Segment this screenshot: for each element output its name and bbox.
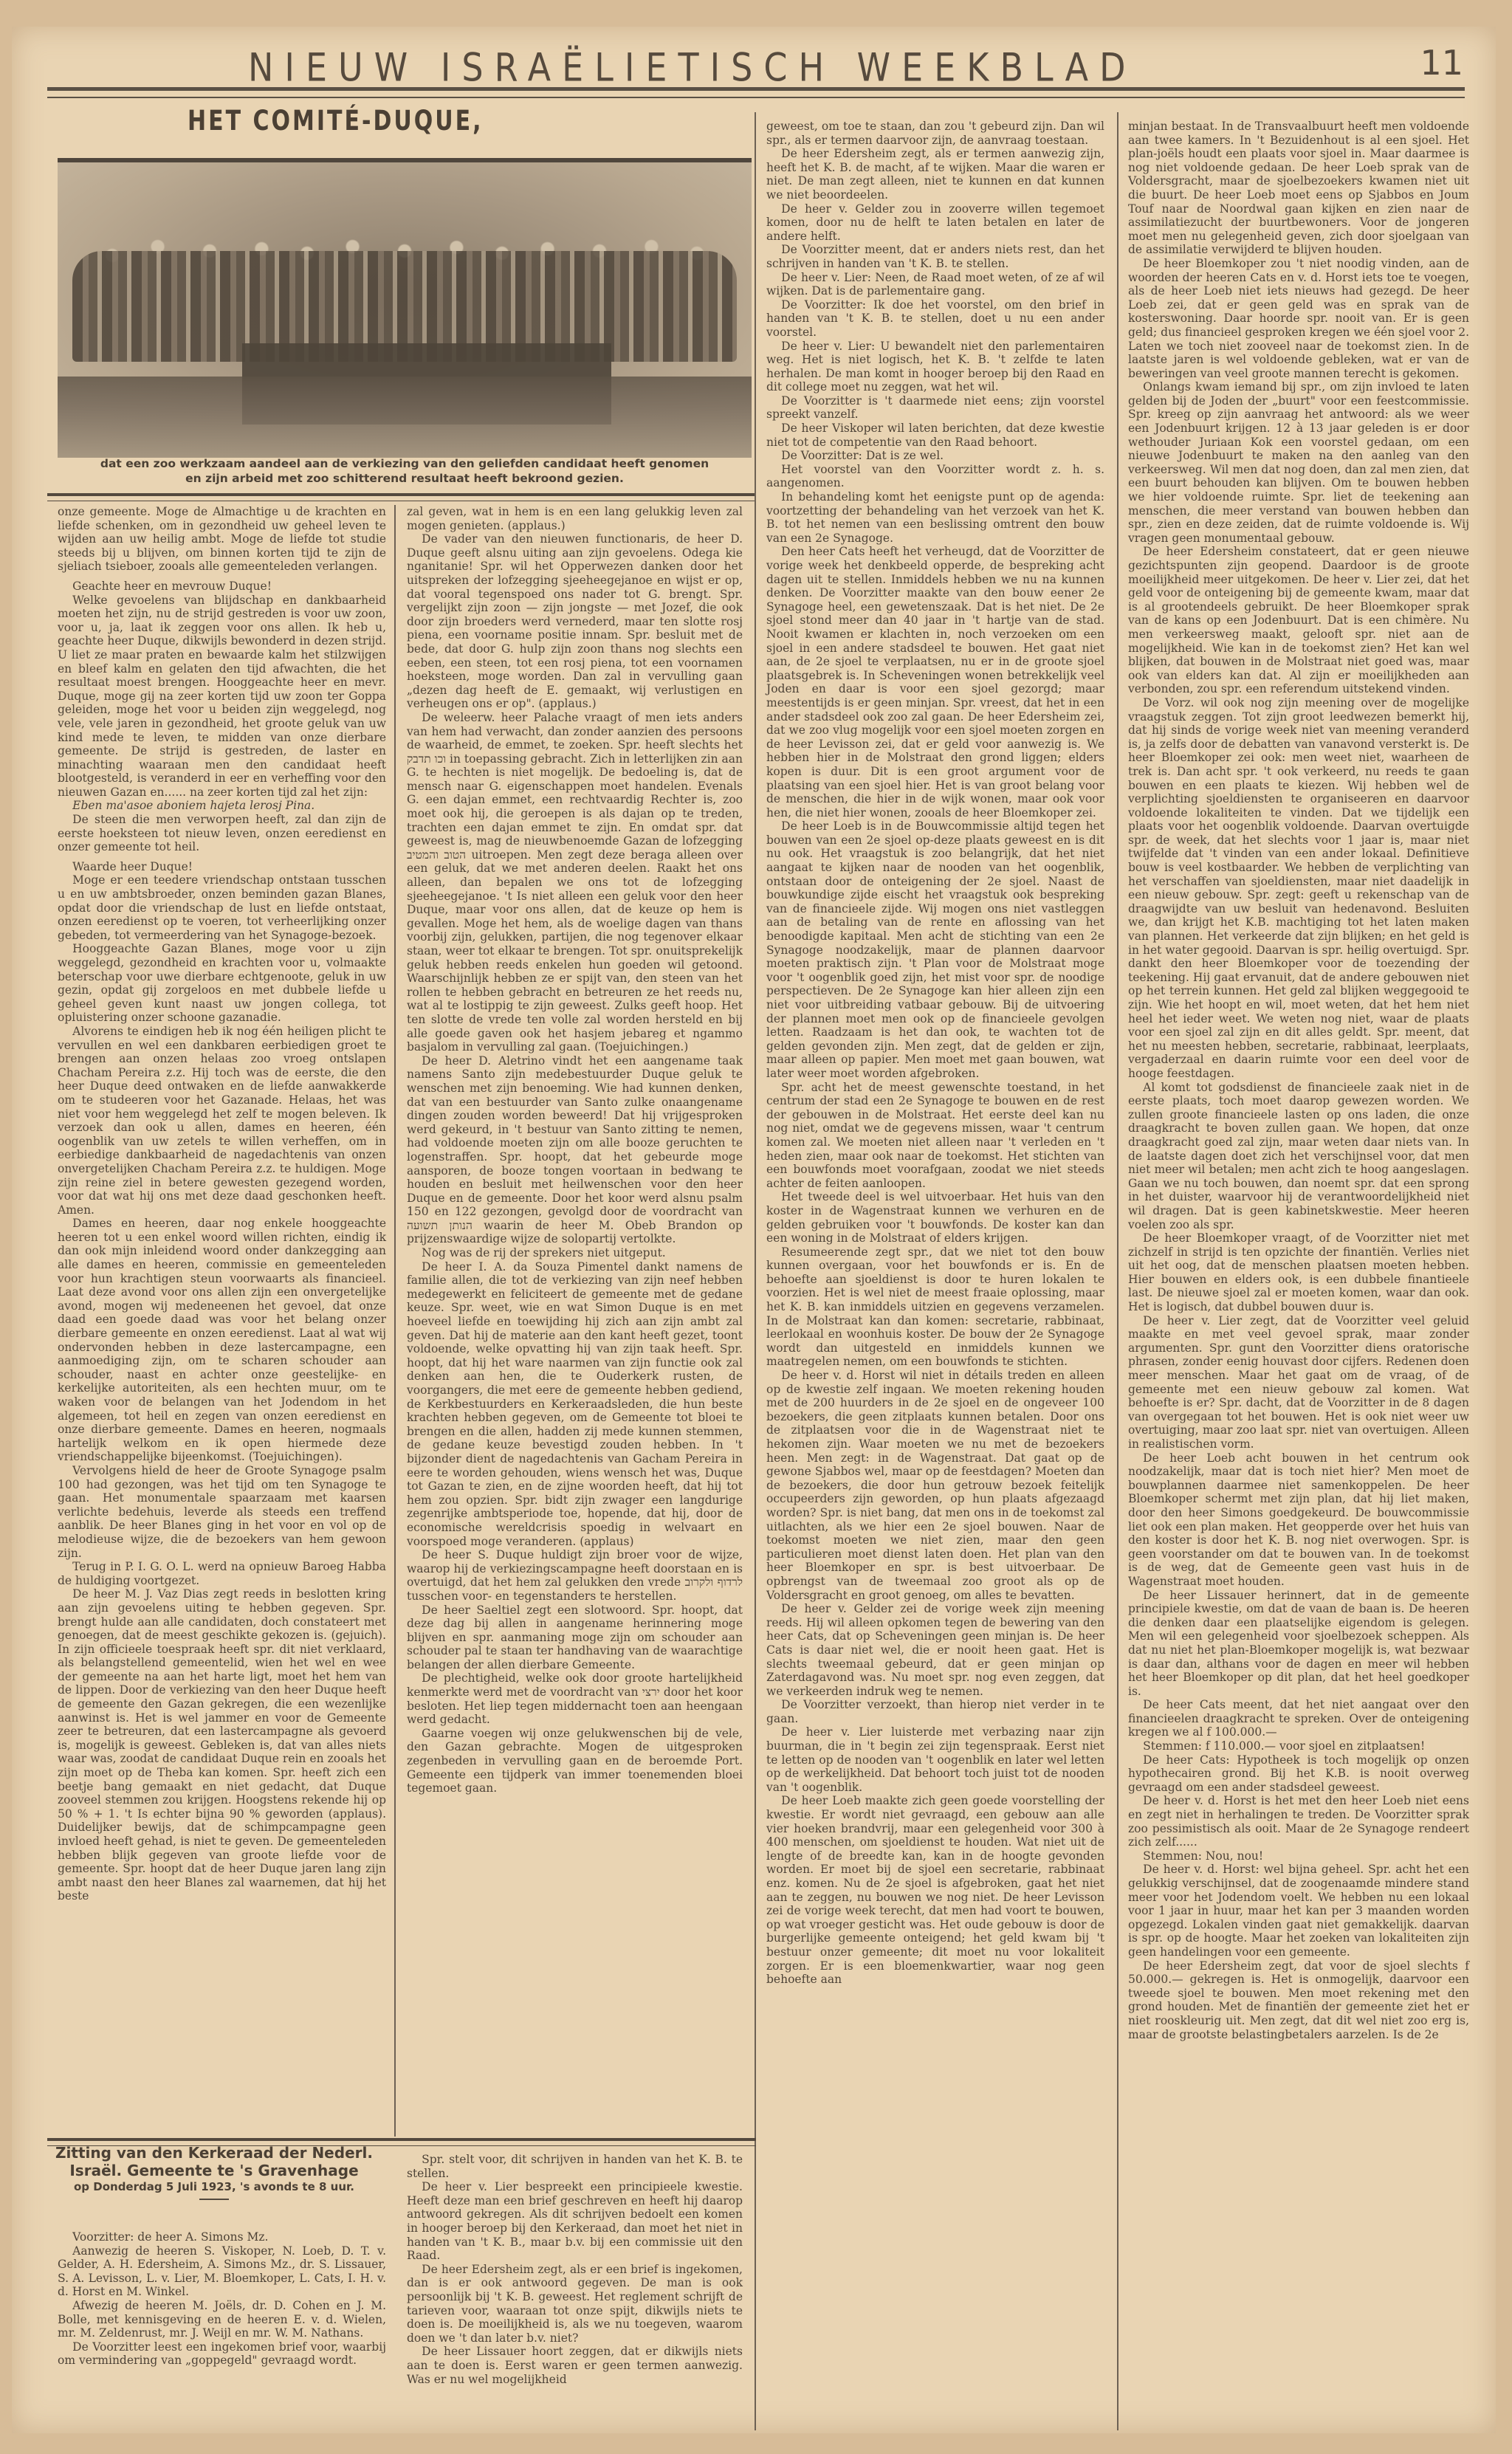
article-headline-kerkeraad: Zitting van den Kerkeraad der Nederl. Is… [52, 2144, 377, 2203]
page-number: 11 [1420, 43, 1463, 83]
paragraph: De Voorzitter verzoekt, than hierop niet… [766, 1698, 1104, 1725]
paragraph: De heer v. Lier bespreekt een principiee… [407, 2180, 743, 2263]
paragraph: De heer S. Duque huldigt zijn broer voor… [407, 1548, 743, 1603]
paragraph: De Voorzitter: Ik doe het voorstel, om d… [766, 298, 1104, 340]
paragraph: De heer Viskoper wil laten berichten, da… [766, 422, 1104, 449]
paragraph: Onlangs kwam iemand bij spr., om zijn in… [1128, 380, 1469, 545]
paragraph: De Voorzitter leest een ingekomen brief … [58, 2340, 386, 2368]
paragraph: Welke gevoelens van blijdschap en dankba… [58, 594, 386, 800]
paragraph: onze gemeente. Moge de Almachtige u de k… [58, 505, 386, 574]
paragraph: De heer Lissauer herinnert, dat in de ge… [1128, 1589, 1469, 1699]
column-rule-2 [755, 112, 756, 2430]
dateline: op Donderdag 5 Juli 1923, 's avonds te 8… [52, 2179, 377, 2194]
paragraph: De Voorzitter meent, dat er anders niets… [766, 243, 1104, 270]
column-rule-1 [394, 505, 396, 2137]
paragraph: De heer v. Gelder zou in zooverre willen… [766, 202, 1104, 244]
caption-line-1: dat een zoo werkzaam aandeel aan de verk… [58, 456, 752, 471]
paragraph: Den heer Cats heeft het verheugd, dat de… [766, 545, 1104, 819]
paragraph: Eben ma'asoe aboniem hajeta lerosj Pina. [58, 799, 386, 813]
paragraph: Geachte heer en mevrouw Duque! [58, 580, 386, 594]
paragraph: Terug in P. I. G. O. L. werd na opnieuw … [58, 1560, 386, 1587]
photo-floor [58, 377, 752, 458]
paragraph: De heer v. Lier: U bewandelt niet den pa… [766, 340, 1104, 394]
headline-line-1: Zitting van den Kerkeraad der Nederl. [52, 2144, 377, 2162]
paragraph: Al komt tot godsdienst de financieele za… [1128, 1081, 1469, 1232]
paragraph: Spr. stelt voor, dit schrijven in handen… [407, 2153, 743, 2180]
headline-line-2: Israël. Gemeente te 's Gravenhage [52, 2162, 377, 2179]
paragraph: Het tweede deel is wel uitvoerbaar. Het … [766, 1190, 1104, 1245]
column-2-kerkeraad: Spr. stelt voor, dit schrijven in handen… [407, 2153, 743, 2386]
paragraph: geweest, om toe te staan, dan zou 't geb… [766, 120, 1104, 147]
paragraph: De heer v. Lier zegt, dat de Voorzitter … [1128, 1314, 1469, 1451]
paragraph: De heer M. J. Vaz Dias zegt reeds in bes… [58, 1587, 386, 1903]
paragraph: De heer Edersheim zegt, dat voor de sjoe… [1128, 1959, 1469, 2042]
column-rule-3 [1117, 112, 1118, 2430]
photo-caption: dat een zoo werkzaam aandeel aan de verk… [58, 456, 752, 486]
column-3-kerkeraad: geweest, om toe te staan, dan zou 't geb… [766, 120, 1104, 1987]
paragraph: De heer v. Lier luisterde met verbazing … [766, 1725, 1104, 1794]
column-4-kerkeraad: minjan bestaat. In de Transvaalbuurt hee… [1128, 120, 1469, 2041]
paragraph: Het voorstel van den Voorzitter wordt z.… [766, 463, 1104, 490]
caption-line-2: en zijn arbeid met zoo schitterend resul… [58, 471, 752, 486]
paragraph: De heer v. d. Horst is het met den heer … [1128, 1794, 1469, 1849]
paragraph: De heer Bloemkoper vraagt, of de Voorzit… [1128, 1231, 1469, 1314]
paragraph: De heer Lissauer hoort zeggen, dat er di… [407, 2345, 743, 2386]
paragraph: De Voorzitter: Dat is ze wel. [766, 449, 1104, 463]
paragraph: De heer I. A. da Souza Pimentel dankt na… [407, 1260, 743, 1548]
paragraph: Stemmen: Nou, nou! [1128, 1849, 1469, 1863]
paragraph: Moge er een teedere vriendschap ontstaan… [58, 873, 386, 942]
paragraph: De heer Cats: Hypotheek is toch mogelijk… [1128, 1753, 1469, 1795]
paragraph: Spr. acht het de meest gewenschte toesta… [766, 1081, 1104, 1191]
masthead-rule [47, 87, 1465, 98]
paragraph: Gaarne voegen wij onze gelukwenschen bij… [407, 1727, 743, 1795]
paragraph: De vader van den nieuwen functionaris, d… [407, 532, 743, 711]
paragraph: De Vorz. wil ook nog zijn meening over d… [1128, 696, 1469, 1081]
group-photo [58, 158, 752, 458]
paragraph: Afwezig de heeren M. Joëls, dr. D. Cohen… [58, 2299, 386, 2340]
masthead: NIEUW ISRAËLIETISCH WEEKBLAD 11 [12, 27, 1496, 97]
paragraph: Waarde heer Duque! [58, 860, 386, 874]
column-1-comite: onze gemeente. Moge de Almachtige u de k… [58, 505, 386, 1903]
paragraph: Voorzitter: de heer A. Simons Mz. [58, 2230, 386, 2244]
paragraph: De heer Cats meent, dat het niet aangaat… [1128, 1698, 1469, 1739]
paragraph: Alvorens te eindigen heb ik nog één heil… [58, 1025, 386, 1217]
paragraph: De steen die men verworpen heeft, zal da… [58, 813, 386, 854]
paragraph: De heer Loeb acht bouwen in het centrum … [1128, 1451, 1469, 1589]
paragraph: De plechtigheid, welke ook door groote h… [407, 1671, 743, 1726]
paragraph: Stemmen: f 110.000.— voor sjoel en zitpl… [1128, 1739, 1469, 1753]
newspaper-title: NIEUW ISRAËLIETISCH WEEKBLAD [248, 44, 1137, 90]
paragraph: De heer Edersheim zegt, als er termen aa… [766, 147, 1104, 202]
paragraph: De heer Saeltiel zegt een slotwoord. Spr… [407, 1604, 743, 1672]
caption-rule [47, 493, 756, 501]
paragraph: Hooggeachte Gazan Blanes, moge voor u zi… [58, 942, 386, 1025]
paragraph: Aanwezig de heeren S. Viskoper, N. Loeb,… [58, 2244, 386, 2299]
paragraph: De weleerw. heer Palache vraagt of men i… [407, 711, 743, 1054]
column-2-comite: zal geven, wat in hem is en een lang gel… [407, 505, 743, 1795]
paragraph: De heer v. d. Horst wil niet in détails … [766, 1369, 1104, 1602]
paragraph: De heer Edersheim constateert, dat er ge… [1128, 545, 1469, 696]
paragraph: De heer v. Lier: Neen, de Raad moet wete… [766, 271, 1104, 298]
paragraph: zal geven, wat in hem is en een lang gel… [407, 505, 743, 532]
paragraph: Nog was de rij der sprekers niet uitgepu… [407, 1246, 743, 1260]
paragraph: De Voorzitter is 't daarmede niet eens; … [766, 394, 1104, 422]
paragraph: De heer Edersheim zegt, als er een brief… [407, 2263, 743, 2345]
column-1-kerkeraad: Voorzitter: de heer A. Simons Mz.Aanwezi… [58, 2230, 386, 2368]
dateline-divider [199, 2199, 229, 2200]
article-headline-comite-duque: HET COMITÉ-DUQUE, [188, 105, 483, 137]
paragraph: Dames en heeren, daar nog enkele hooggea… [58, 1217, 386, 1464]
newspaper-page: NIEUW ISRAËLIETISCH WEEKBLAD 11 HET COMI… [12, 27, 1496, 2433]
paragraph: Resumeerende zegt spr., dat we niet tot … [766, 1245, 1104, 1369]
paragraph: De heer D. Aletrino vindt het een aangen… [407, 1054, 743, 1246]
paragraph: minjan bestaat. In de Transvaalbuurt hee… [1128, 120, 1469, 257]
paragraph: In behandeling komt het eenigste punt op… [766, 490, 1104, 545]
paragraph: De heer Bloemkoper zou 't niet noodig vi… [1128, 257, 1469, 380]
paragraph: De heer Loeb is in de Bouwcommissie alti… [766, 819, 1104, 1080]
paragraph: De heer v. d. Horst: wel bijna geheel. S… [1128, 1863, 1469, 1959]
paragraph: De heer v. Gelder zei de vorige week zij… [766, 1602, 1104, 1698]
paragraph: De heer Loeb maakte zich geen goede voor… [766, 1794, 1104, 1986]
paragraph: Vervolgens hield de heer de Groote Synag… [58, 1464, 386, 1560]
